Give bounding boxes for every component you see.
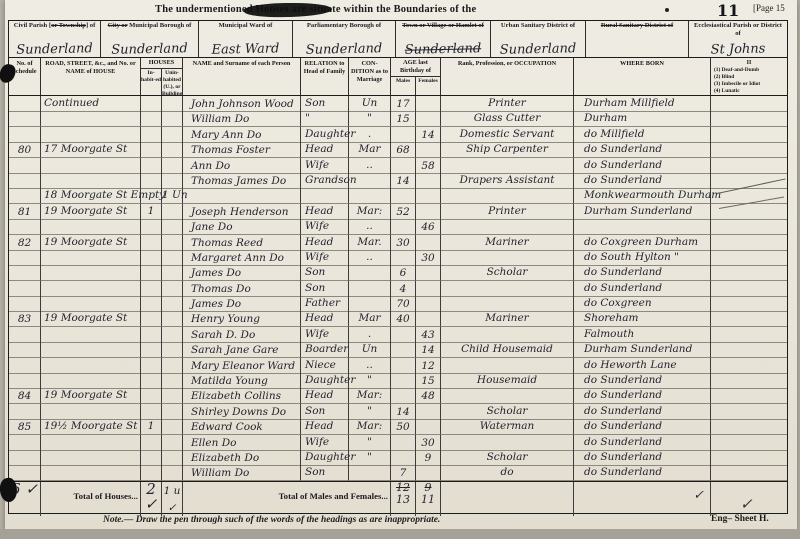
cell-f: 15 (416, 373, 441, 389)
cell-born: do Sunderland (574, 435, 711, 451)
cell-cond: " (349, 435, 391, 451)
cell-uninh (162, 327, 183, 343)
dot-mark (665, 8, 669, 12)
cell-cond: Mar: (349, 388, 391, 404)
cell-occ: Ship Carpenter (441, 142, 574, 158)
cell-road: 19½ Moorgate St (41, 419, 141, 435)
cell-road (41, 127, 141, 143)
cell-name: William Do (183, 111, 301, 127)
table-row: 8119 Moorgate St1Joseph HendersonHeadMar… (9, 204, 787, 219)
cell-m (391, 219, 416, 235)
table-row: Matilda YoungDaughter"15Housemaiddo Sund… (9, 373, 787, 388)
cell-born: do Sunderland (574, 281, 711, 297)
cell-born: Monkwearmouth Durham (574, 188, 711, 204)
cell-sched: 85 (9, 419, 41, 435)
table-row: 8017 Moorgate StThomas FosterHeadMar68Sh… (9, 142, 787, 157)
col-header-age-females: Females (416, 77, 440, 95)
district-field-label: Ecclesiastical Parish or District of (689, 21, 787, 38)
table-row: James DoSon6Scholardo Sunderland (9, 265, 787, 280)
cell-cond: .. (349, 219, 391, 235)
cell-road (41, 450, 141, 466)
cell-f (416, 465, 441, 481)
cell-inf (711, 127, 787, 143)
cell-f (416, 265, 441, 281)
table-row: William Do""15Glass CutterDurham (9, 111, 787, 126)
table-row: Elizabeth DoDaughter"9Scholardo Sunderla… (9, 450, 787, 465)
footer-where-born-cell: ✓ (574, 482, 711, 516)
cell-occ: do (441, 465, 574, 481)
cell-rel: Wife (301, 250, 349, 266)
cell-name: Henry Young (183, 311, 301, 327)
cell-rel: Head (301, 311, 349, 327)
cell-sched (9, 358, 41, 374)
cell-uninh (162, 296, 183, 312)
cell-m (391, 158, 416, 174)
cell-sched (9, 404, 41, 420)
district-field-2: Municipal Ward ofEast Ward (199, 21, 293, 57)
cell-sched (9, 435, 41, 451)
cell-road (41, 296, 141, 312)
cell-cond (349, 465, 391, 481)
cell-rel: Father (301, 296, 349, 312)
cell-f (416, 235, 441, 251)
cell-cond (349, 188, 391, 204)
table-row: Jane DoWife..46 (9, 219, 787, 234)
cell-inh: 1 (141, 419, 162, 435)
cell-rel: Grandson (301, 173, 349, 189)
cell-f: 48 (416, 388, 441, 404)
cell-cond: .. (349, 250, 391, 266)
table-row: Sarah Jane GareBoarderUn14Child Housemai… (9, 342, 787, 357)
cell-inh (141, 296, 162, 312)
cell-born: do Sunderland (574, 173, 711, 189)
cell-born: Durham Sunderland (574, 342, 711, 358)
col-header-infirmity: II (1) Deaf-and-Dumb(2) Blind(3) Imbecil… (711, 58, 787, 95)
cell-rel: Wife (301, 219, 349, 235)
cell-road (41, 327, 141, 343)
cell-rel: Head (301, 419, 349, 435)
cell-cond (349, 296, 391, 312)
cell-rel: Head (301, 142, 349, 158)
cell-cond: .. (349, 358, 391, 374)
cell-f (416, 296, 441, 312)
cell-occ: Domestic Servant (441, 127, 574, 143)
district-field-0: Civil Parish [or Township] ofSunderland (9, 21, 101, 57)
cell-sched (9, 219, 41, 235)
cell-inh (141, 281, 162, 297)
cell-f (416, 419, 441, 435)
cell-m (391, 450, 416, 466)
cell-rel: Wife (301, 158, 349, 174)
cell-sched: 83 (9, 311, 41, 327)
table-body: ContinuedJohn Johnson WoodSonUn17Printer… (9, 96, 787, 481)
cell-uninh (162, 96, 183, 112)
cell-sched (9, 173, 41, 189)
cell-sched (9, 450, 41, 466)
infirmity-line: (3) Imbecile or Idiot (714, 81, 786, 88)
cell-inf (711, 96, 787, 112)
cell-m (391, 435, 416, 451)
cell-name: William Do (183, 465, 301, 481)
cell-sched (9, 111, 41, 127)
cell-m (391, 342, 416, 358)
cell-uninh (162, 358, 183, 374)
cell-uninh (162, 419, 183, 435)
cell-inh (141, 404, 162, 420)
cell-born: do Sunderland (574, 142, 711, 158)
cell-cond: . (349, 127, 391, 143)
cell-occ (441, 250, 574, 266)
cell-occ: Printer (441, 96, 574, 112)
infirmity-lines: (1) Deaf-and-Dumb(2) Blind(3) Imbecile o… (712, 67, 786, 95)
col-header-relation: RELATION to Head of Family (301, 58, 349, 95)
cell-inh (141, 158, 162, 174)
col-header-condition: CON-DITION as to Marriage (349, 58, 391, 95)
cell-m: 50 (391, 419, 416, 435)
sheet-check-mark: ✓ (740, 495, 753, 513)
cell-inh (141, 388, 162, 404)
cell-road (41, 173, 141, 189)
cell-inf (711, 358, 787, 374)
scribble-check: ✓ (693, 488, 704, 503)
cell-sched (9, 281, 41, 297)
district-field-label: City or Municipal Borough of (101, 21, 198, 30)
cell-inh (141, 311, 162, 327)
table-row: Mary Eleanor WardNiece..12do Heworth Lan… (9, 358, 787, 373)
cell-m (391, 358, 416, 374)
cell-sched (9, 188, 41, 204)
cell-inf (711, 111, 787, 127)
cell-sched (9, 342, 41, 358)
males-total-cell: 12 13 (391, 482, 416, 516)
cell-inh (141, 173, 162, 189)
cell-rel: " (301, 111, 349, 127)
cell-born: do Millfield (574, 127, 711, 143)
cell-occ: Scholar (441, 404, 574, 420)
cell-inh (141, 373, 162, 389)
cell-sched (9, 250, 41, 266)
cell-occ (441, 158, 574, 174)
cell-inf (711, 419, 787, 435)
cell-born: do Coxgreen Durham (574, 235, 711, 251)
footer-occupation-cell (441, 482, 574, 516)
cell-f (416, 173, 441, 189)
table-row: Ellen DoWife"30do Sunderland (9, 435, 787, 450)
district-field-7: Ecclesiastical Parish or District ofSt J… (689, 21, 787, 57)
cell-f: 30 (416, 250, 441, 266)
cell-rel: Head (301, 204, 349, 220)
cell-born: do Sunderland (574, 419, 711, 435)
cell-m (391, 327, 416, 343)
cell-rel (301, 188, 349, 204)
cell-occ: Mariner (441, 311, 574, 327)
houses-title: HOUSES (141, 58, 182, 69)
cell-name: Edward Cook (183, 419, 301, 435)
table-row: 8319 Moorgate StHenry YoungHeadMar40Mari… (9, 311, 787, 326)
cell-rel: Head (301, 235, 349, 251)
cell-sched: 80 (9, 142, 41, 158)
district-field-value: Sunderland (9, 41, 100, 58)
cell-road (41, 435, 141, 451)
table-row: Sarah D. DoWife.43Falmouth (9, 327, 787, 342)
cell-inf (711, 435, 787, 451)
cell-rel: Son (301, 465, 349, 481)
infirmity-line: (4) Lunatic (714, 88, 786, 95)
cell-f: 43 (416, 327, 441, 343)
cell-born: do Sunderland (574, 373, 711, 389)
table-row: James DoFather70do Coxgreen (9, 296, 787, 311)
col-header-inhabited: In-habit-ed (141, 69, 162, 95)
cell-road: 19 Moorgate St (41, 311, 141, 327)
cell-rel: Son (301, 281, 349, 297)
cell-born: do Coxgreen (574, 296, 711, 312)
col-header-where-born: WHERE BORN (574, 58, 711, 95)
cell-occ: Printer (441, 204, 574, 220)
ink-smudge-artifact (244, 2, 332, 18)
cell-born: Durham Sunderland (574, 204, 711, 220)
cell-name: Matilda Young (183, 373, 301, 389)
cell-occ: Child Housemaid (441, 342, 574, 358)
table-row: 8219 Moorgate StThomas ReedHeadMar.30Mar… (9, 235, 787, 250)
cell-m (391, 127, 416, 143)
table-header: No. of Schedule ROAD, STREET, &c., and N… (9, 58, 787, 96)
infirmity-roman: II (712, 60, 786, 67)
cell-m: 6 (391, 265, 416, 281)
cell-born: do South Hylton " (574, 250, 711, 266)
cell-occ (441, 435, 574, 451)
infirmity-line: (1) Deaf-and-Dumb (714, 67, 786, 74)
cell-cond: Mar: (349, 419, 391, 435)
cell-road: 17 Moorgate St (41, 142, 141, 158)
cell-road: 18 Moorgate St Empty (41, 188, 141, 204)
cell-born: do Sunderland (574, 388, 711, 404)
females-total-cell: 9 11 (416, 482, 441, 516)
district-field-label: Urban Sanitary District of (491, 21, 585, 30)
males-total: 13 (391, 494, 415, 506)
cell-born: do Sunderland (574, 265, 711, 281)
cell-name: Elizabeth Do (183, 450, 301, 466)
cell-m: 7 (391, 465, 416, 481)
cell-rel: Daughter (301, 127, 349, 143)
cell-name (183, 188, 301, 204)
cell-inh (141, 127, 162, 143)
cell-occ: Glass Cutter (441, 111, 574, 127)
cell-inf (711, 388, 787, 404)
col-header-occupation: Rank, Profession, or OCCUPATION (441, 58, 574, 95)
cell-rel: Boarder (301, 342, 349, 358)
cell-inh (141, 188, 162, 204)
cell-name: Sarah Jane Gare (183, 342, 301, 358)
table-row: 8519½ Moorgate St1Edward CookHeadMar:50W… (9, 419, 787, 434)
district-field-value: Sunderland (491, 41, 585, 58)
cell-road: Continued (41, 96, 141, 112)
cell-born: Durham Millfield (574, 96, 711, 112)
cell-m: 30 (391, 235, 416, 251)
cell-sched (9, 265, 41, 281)
district-field-6: Rural Sanitary District of (586, 21, 689, 57)
cell-road: 19 Moorgate St (41, 235, 141, 251)
scan-edge (0, 529, 800, 539)
cell-inf (711, 373, 787, 389)
table-row: William DoSon7dodo Sunderland (9, 465, 787, 480)
cell-uninh (162, 281, 183, 297)
uninhabited-total: 1 u ✓ (164, 485, 181, 514)
cell-born: do Sunderland (574, 465, 711, 481)
cell-road (41, 373, 141, 389)
cell-uninh (162, 158, 183, 174)
cell-rel: Wife (301, 435, 349, 451)
page-label: [Page 15 (753, 3, 785, 13)
cell-cond: Un (349, 96, 391, 112)
cell-occ: Waterman (441, 419, 574, 435)
cell-name: James Do (183, 296, 301, 312)
cell-f (416, 404, 441, 420)
cell-road: 19 Moorgate St (41, 204, 141, 220)
cell-occ: Mariner (441, 235, 574, 251)
cell-m: 52 (391, 204, 416, 220)
cell-uninh (162, 311, 183, 327)
inhabited-total: 2 ✓ (145, 480, 158, 513)
age-title: AGE last Birthday of (391, 58, 440, 77)
cell-inf (711, 250, 787, 266)
cell-uninh (162, 219, 183, 235)
cell-m (391, 388, 416, 404)
cell-uninh (162, 435, 183, 451)
cell-inf (711, 342, 787, 358)
cell-occ (441, 281, 574, 297)
cell-inf (711, 235, 787, 251)
cell-inf (711, 204, 787, 220)
total-houses-label: Total of Houses... (41, 482, 141, 516)
col-header-houses: HOUSES In-habit-ed Unin-habited (U.), or… (141, 58, 183, 95)
cell-inh (141, 327, 162, 343)
cell-rel: Wife (301, 327, 349, 343)
cell-rel: Son (301, 404, 349, 420)
table-row: Thomas DoSon4do Sunderland (9, 281, 787, 296)
cell-uninh (162, 204, 183, 220)
census-table: Civil Parish [or Township] ofSunderlandC… (8, 20, 788, 514)
cell-inf (711, 311, 787, 327)
district-field-value: East Ward (199, 41, 292, 58)
cell-born (574, 219, 711, 235)
cell-f (416, 142, 441, 158)
cell-sched (9, 127, 41, 143)
females-total: 11 (416, 494, 440, 506)
paper: The undermentioned Houses are situate wi… (5, 0, 797, 533)
cell-occ: Housemaid (441, 373, 574, 389)
cell-inf (711, 158, 787, 174)
sheet-label: Eng– Sheet H. (711, 514, 769, 524)
cell-inf (711, 404, 787, 420)
table-footer: 6 ✓ Total of Houses... 2 ✓ 1 u ✓ Total o… (9, 481, 787, 513)
cell-sched: 82 (9, 235, 41, 251)
cell-sched (9, 96, 41, 112)
cell-road (41, 342, 141, 358)
cell-rel: Son (301, 265, 349, 281)
cell-f: 58 (416, 158, 441, 174)
cell-f (416, 188, 441, 204)
cell-cond (349, 281, 391, 297)
cell-f: 46 (416, 219, 441, 235)
cell-inh (141, 235, 162, 251)
cell-uninh (162, 450, 183, 466)
cell-born: Shoreham (574, 311, 711, 327)
cell-occ: Scholar (441, 265, 574, 281)
cell-name: Mary Eleanor Ward (183, 358, 301, 374)
cell-name: Mary Ann Do (183, 127, 301, 143)
cell-cond (349, 173, 391, 189)
cell-cond: " (349, 404, 391, 420)
cell-inh (141, 450, 162, 466)
cell-inf (711, 281, 787, 297)
district-field-label: Municipal Ward of (199, 21, 292, 30)
cell-uninh (162, 388, 183, 404)
cell-road (41, 358, 141, 374)
cell-inh (141, 111, 162, 127)
cell-f: 30 (416, 435, 441, 451)
cell-occ (441, 219, 574, 235)
cell-m: 4 (391, 281, 416, 297)
cell-road (41, 404, 141, 420)
cell-uninh (162, 173, 183, 189)
district-field-label: Civil Parish [or Township] of (9, 21, 100, 30)
cell-m: 14 (391, 404, 416, 420)
cell-cond: " (349, 450, 391, 466)
cell-inh (141, 435, 162, 451)
table-row: Margaret Ann DoWife..30do South Hylton " (9, 250, 787, 265)
cell-occ (441, 188, 574, 204)
cell-name: Thomas Reed (183, 235, 301, 251)
cell-cond (349, 265, 391, 281)
cell-born: do Sunderland (574, 158, 711, 174)
cell-uninh (162, 235, 183, 251)
district-field-1: City or Municipal Borough ofSunderland (101, 21, 199, 57)
cell-rel: Niece (301, 358, 349, 374)
cell-occ (441, 388, 574, 404)
cell-name: John Johnson Wood (183, 96, 301, 112)
cell-inf (711, 142, 787, 158)
cell-f (416, 281, 441, 297)
census-page: The undermentioned Houses are situate wi… (0, 0, 800, 539)
cell-m: 68 (391, 142, 416, 158)
cell-road (41, 281, 141, 297)
cell-sched (9, 296, 41, 312)
cell-inf (711, 327, 787, 343)
cell-m: 15 (391, 111, 416, 127)
cell-cond: " (349, 373, 391, 389)
cell-inf (711, 296, 787, 312)
cell-inh (141, 358, 162, 374)
cell-sched (9, 327, 41, 343)
cell-name: Margaret Ann Do (183, 250, 301, 266)
cell-m (391, 188, 416, 204)
col-header-name: NAME and Surname of each Person (183, 58, 301, 95)
total-males-females-label: Total of Males and Females... (183, 482, 391, 516)
cell-f: 14 (416, 127, 441, 143)
cell-sched (9, 158, 41, 174)
cell-occ: Scholar (441, 450, 574, 466)
cell-cond: Mar. (349, 235, 391, 251)
cell-name: Ann Do (183, 158, 301, 174)
cell-inh: 1 (141, 204, 162, 220)
district-field-value: Sunderland (396, 41, 490, 58)
cell-m: 70 (391, 296, 416, 312)
cell-name: Elizabeth Collins (183, 388, 301, 404)
cell-name: Shirley Downs Do (183, 404, 301, 420)
cell-name: Sarah D. Do (183, 327, 301, 343)
cell-name: Thomas James Do (183, 173, 301, 189)
cell-inh (141, 342, 162, 358)
